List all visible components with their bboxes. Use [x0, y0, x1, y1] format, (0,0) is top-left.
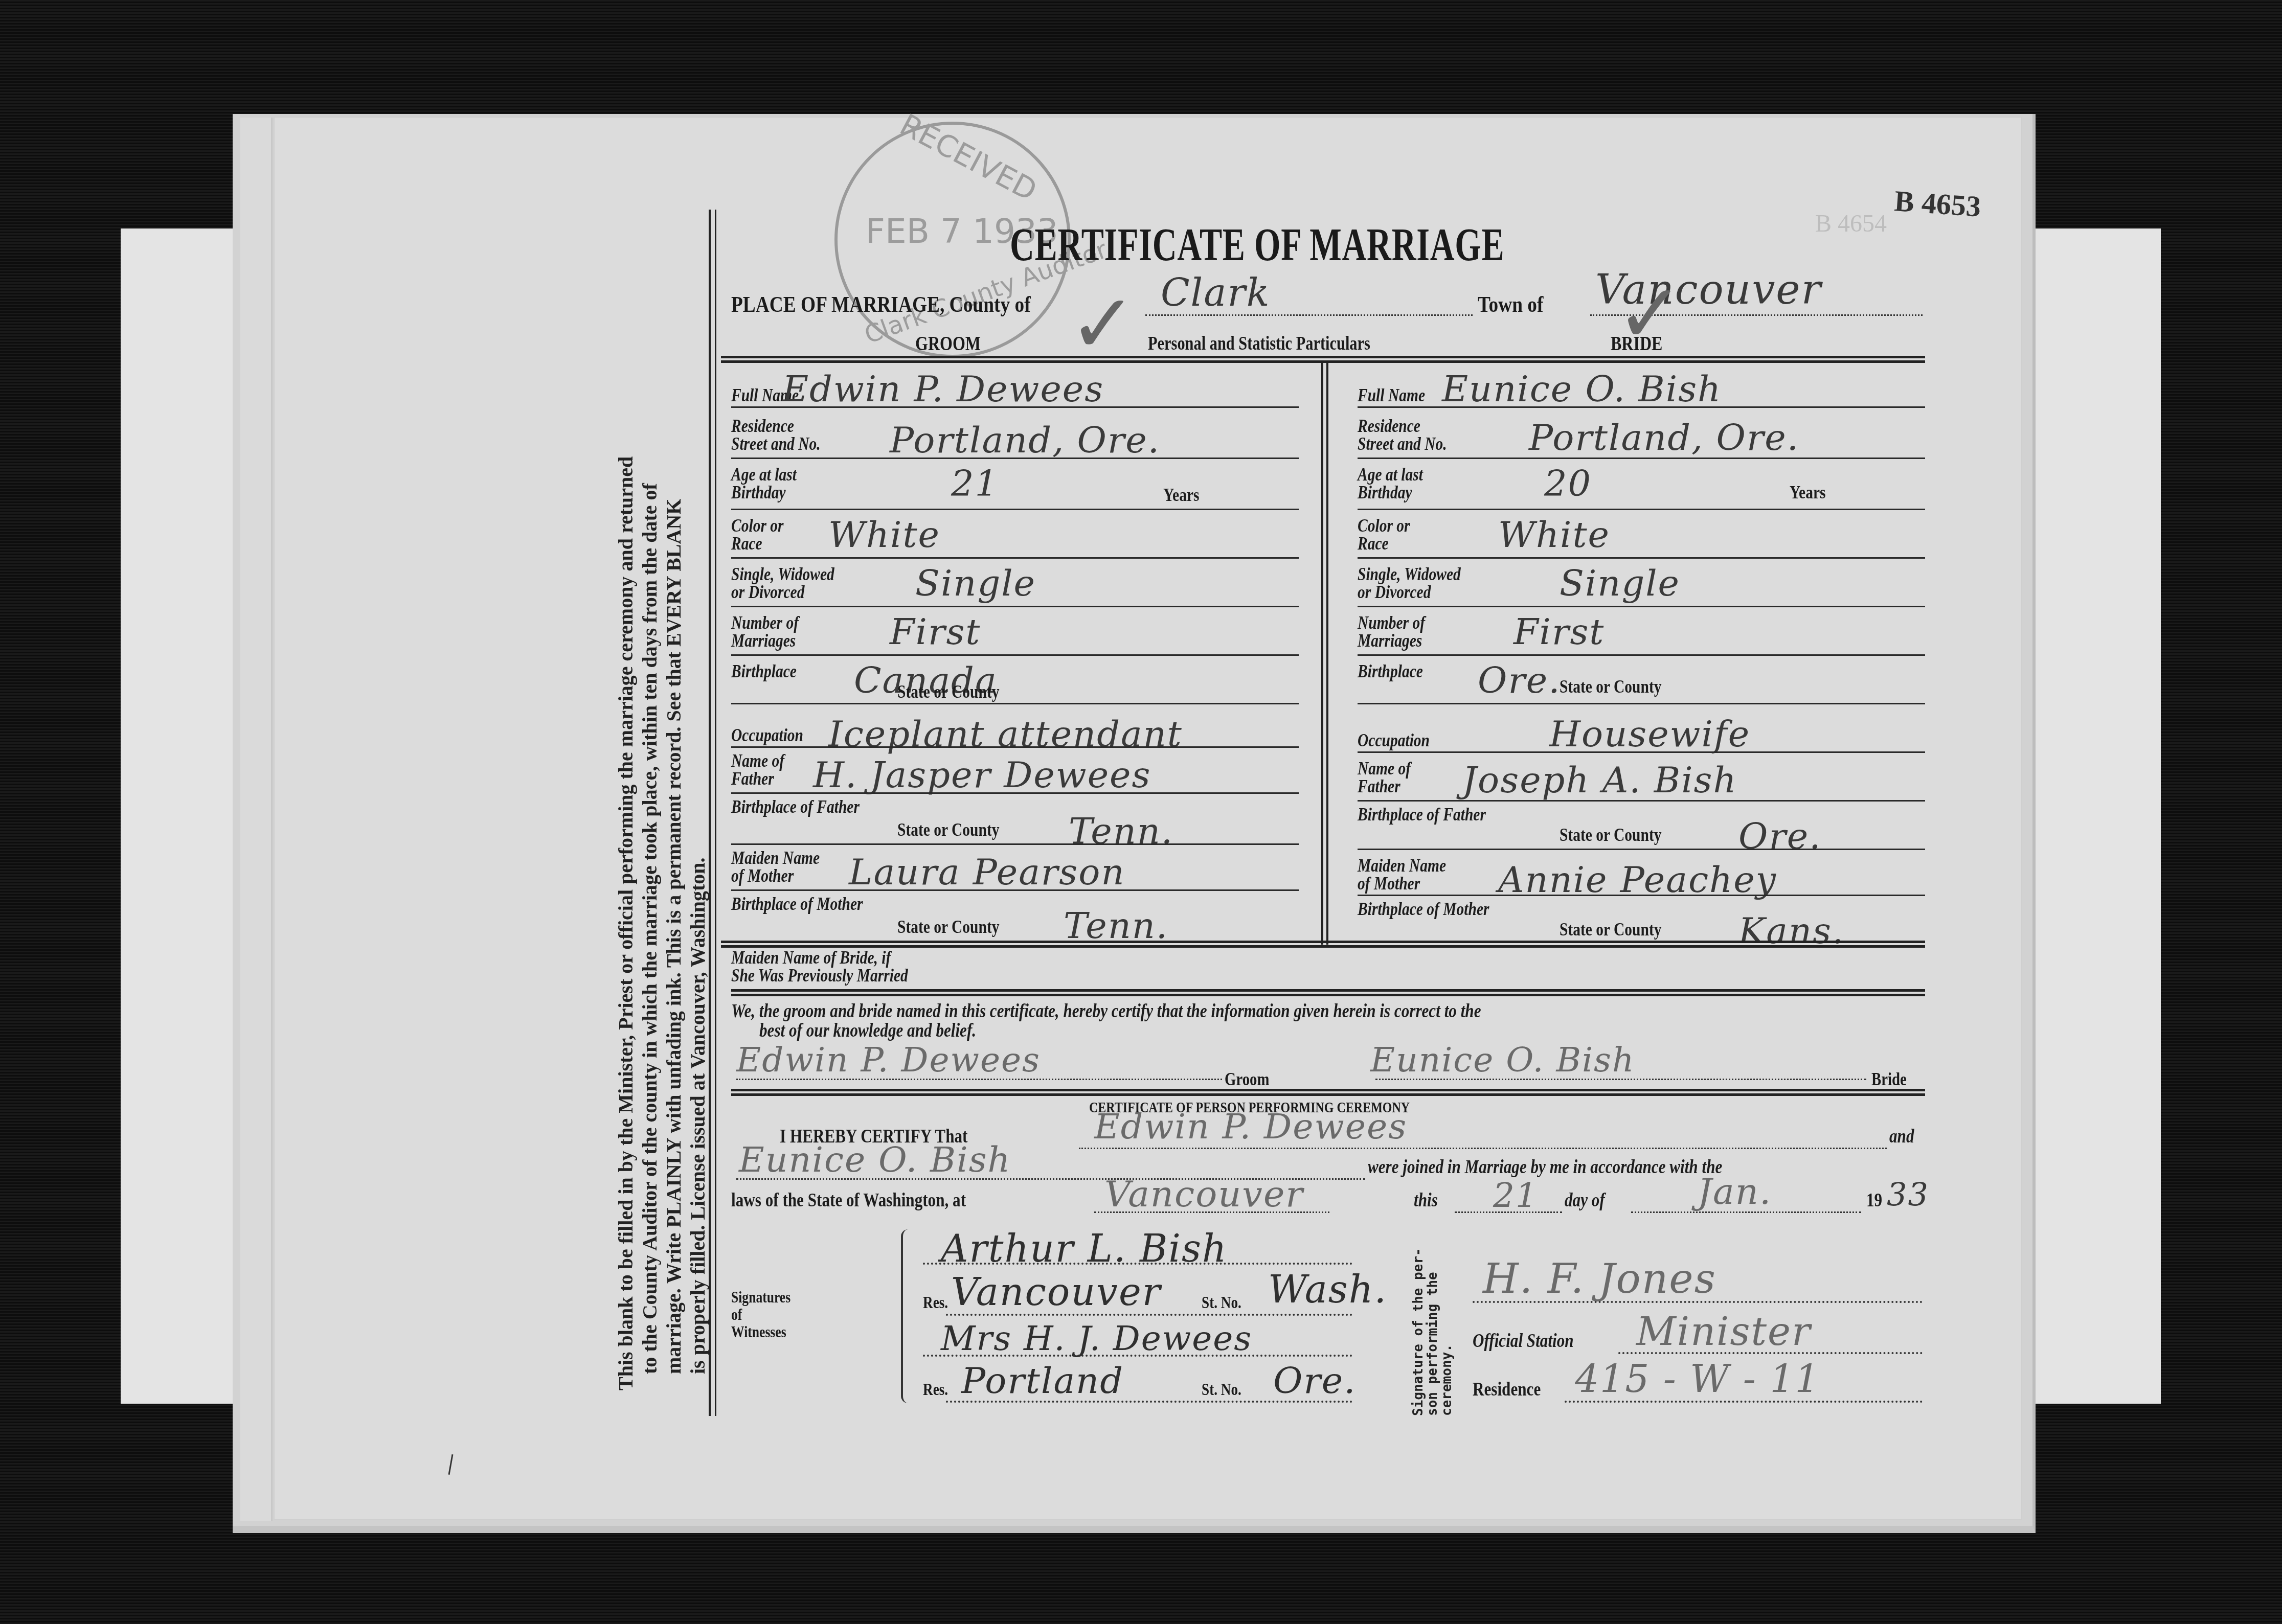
header-middle: Personal and Statistic Particulars	[1148, 332, 1370, 355]
row-rule	[1358, 606, 1925, 607]
label-status: Single, Widowed	[1358, 565, 1461, 583]
certification-text: We, the groom and bride named in this ce…	[731, 1002, 1481, 1020]
label-birthday: Birthday	[731, 483, 786, 501]
ceremony-day[interactable]: 21	[1493, 1176, 1538, 1215]
witnesses-label: Signatures of Witnesses	[731, 1288, 790, 1340]
bride-age[interactable]: 20	[1544, 463, 1592, 505]
row-rule	[1358, 654, 1925, 656]
and-label: and	[1889, 1127, 1914, 1146]
row-rule	[731, 746, 1299, 748]
label-color: Color or	[731, 516, 784, 535]
certification-rule	[731, 1089, 1925, 1096]
label-state-county: State or County	[897, 918, 1000, 936]
label-age: Age at last	[731, 465, 797, 484]
row-rule	[731, 557, 1299, 559]
ceremony-day-line	[1455, 1211, 1562, 1213]
groom-father-birthplace[interactable]: Tenn.	[1069, 810, 1173, 852]
bride-race[interactable]: White	[1498, 514, 1610, 556]
label-residence: Residence	[1358, 417, 1420, 435]
label-number-of: Number of	[1358, 613, 1425, 632]
bride-father-birthplace[interactable]: Ore.	[1738, 815, 1822, 857]
year-prefix: 19	[1866, 1191, 1882, 1209]
row-rule	[731, 654, 1299, 656]
label-birthplace: Birthplace	[731, 662, 797, 680]
label-race: Race	[731, 534, 762, 553]
laws-label: laws of the State of Washington, at	[731, 1191, 966, 1209]
officiant-signature-line	[1473, 1301, 1923, 1303]
row-rule	[731, 703, 1299, 704]
bride-birthplace[interactable]: Ore.	[1478, 659, 1561, 701]
residence-value[interactable]: 415 - W - 11	[1575, 1357, 1820, 1401]
witnesses-label-2: of	[731, 1306, 790, 1323]
groom-signature-line	[736, 1079, 1222, 1080]
label-years: Years	[1790, 483, 1826, 501]
checkmark-icon: ✓	[1616, 266, 1684, 361]
witnesses-label-1: Signatures	[731, 1288, 790, 1306]
row-rule	[731, 458, 1299, 459]
label-residence: Residence	[731, 417, 794, 435]
groom-marriages[interactable]: First	[890, 611, 981, 653]
witness-2-signature[interactable]: Mrs H. J. Dewees	[941, 1319, 1252, 1358]
witness-1-line	[923, 1263, 1352, 1265]
row-rule	[1358, 458, 1925, 459]
witnesses-label-3: Witnesses	[731, 1323, 790, 1340]
form-left-border	[709, 210, 716, 1416]
residence-label: Residence	[1473, 1380, 1541, 1399]
label-race: Race	[1358, 534, 1389, 553]
label-occupation: Occupation	[1358, 731, 1430, 749]
label-name-of: Name of	[731, 751, 784, 770]
groom-full-name[interactable]: Edwin P. Dewees	[782, 368, 1104, 410]
instructions-vertical: This blank to be filled in by the Minist…	[614, 235, 711, 1390]
witness-2-line	[923, 1355, 1352, 1357]
groom-status[interactable]: Single	[915, 562, 1036, 604]
columns-bottom-rule	[721, 941, 1925, 948]
label-full-name: Full Name	[1358, 386, 1425, 404]
groom-age[interactable]: 21	[951, 463, 999, 505]
officiant-signature[interactable]: H. F. Jones	[1483, 1255, 1716, 1302]
groom-occupation[interactable]: Iceplant attendant	[828, 713, 1183, 755]
groom-father[interactable]: H. Jasper Dewees	[813, 754, 1151, 796]
witness-2-residence[interactable]: Portland	[961, 1360, 1124, 1402]
row-rule	[1358, 895, 1925, 896]
ceremony-name-2[interactable]: Eunice O. Bish	[739, 1140, 1011, 1180]
groom-mother[interactable]: Laura Pearson	[849, 851, 1125, 893]
label-bride-prev-2: She Was Previously Married	[731, 966, 908, 985]
page-title: CERTIFICATE OF MARRIAGE	[1010, 217, 1504, 271]
label-mother-birthplace: Birthplace of Mother	[1358, 900, 1489, 918]
label-occupation: Occupation	[731, 726, 803, 744]
ceremony-name-1-line	[1079, 1148, 1887, 1149]
label-maiden-name: Maiden Name	[1358, 856, 1446, 875]
label-of-mother: of Mother	[1358, 874, 1420, 893]
label-divorced: or Divorced	[1358, 583, 1431, 601]
official-station-label: Official Station	[1473, 1332, 1574, 1350]
label-of-mother: of Mother	[731, 866, 794, 885]
label-birthday: Birthday	[1358, 483, 1412, 501]
row-rule	[731, 606, 1299, 607]
row-rule	[1358, 800, 1925, 802]
ceremony-place[interactable]: Vancouver	[1104, 1173, 1304, 1215]
row-rule	[731, 406, 1299, 408]
label-father-birthplace: Birthplace of Father	[731, 797, 860, 816]
groom-residence[interactable]: Portland, Ore.	[890, 419, 1160, 461]
label-street: Street and No.	[731, 434, 821, 453]
witness-1-residence[interactable]: Vancouver	[951, 1270, 1161, 1314]
label-age: Age at last	[1358, 465, 1423, 484]
label-state-county: State or County	[897, 682, 1000, 701]
town-label: Town of	[1478, 291, 1544, 317]
record-number: B 4653	[1893, 184, 1982, 224]
row-rule	[731, 889, 1299, 891]
certification-text-2: best of our knowledge and belief.	[759, 1021, 976, 1040]
label-marriages: Marriages	[1358, 631, 1422, 650]
row-rule	[1358, 406, 1925, 408]
label-divorced: or Divorced	[731, 583, 804, 601]
witness-1-res-line	[946, 1314, 1352, 1316]
witness-2-stno-label: St. No.	[1202, 1380, 1241, 1400]
instruction-line: is properly filled. License issued at Va…	[686, 235, 710, 1390]
prev-married-rule	[731, 989, 1925, 996]
label-father: Father	[731, 769, 774, 788]
ceremony-year[interactable]: 33	[1887, 1176, 1929, 1213]
instruction-line: This blank to be filled in by the Minist…	[614, 235, 638, 1390]
row-rule	[1358, 509, 1925, 510]
joined-label: were joined in Marriage by me in accorda…	[1368, 1158, 1722, 1176]
witness-1-stno[interactable]: Wash.	[1268, 1268, 1387, 1312]
label-mother-birthplace: Birthplace of Mother	[731, 895, 863, 913]
bride-signature-label: Bride	[1871, 1068, 1907, 1090]
officiant-label-2: son performing the	[1426, 1211, 1440, 1416]
witness-brace	[901, 1229, 913, 1403]
bride-status[interactable]: Single	[1560, 562, 1680, 604]
day-of-label: day of	[1565, 1191, 1605, 1209]
column-divider	[1321, 362, 1328, 945]
witness-1-stno-label: St. No.	[1202, 1293, 1241, 1313]
ceremony-month-line	[1631, 1211, 1861, 1213]
witness-2-res-label: Res.	[923, 1380, 948, 1400]
label-state-county: State or County	[1560, 826, 1662, 844]
label-number-of: Number of	[731, 613, 799, 632]
row-rule	[731, 792, 1299, 794]
torn-stub-edge	[240, 118, 273, 1521]
label-street: Street and No.	[1358, 434, 1447, 453]
row-rule	[1358, 751, 1925, 753]
bride-residence[interactable]: Portland, Ore.	[1529, 417, 1799, 459]
officiant-label-1: Signature of the per-	[1411, 1211, 1426, 1416]
ceremony-place-line	[1094, 1211, 1329, 1213]
bride-occupation[interactable]: Housewife	[1549, 713, 1750, 755]
checkmark-icon: ✓	[1069, 276, 1137, 372]
label-status: Single, Widowed	[731, 565, 834, 583]
instruction-line: to the County Auditor of the county in w…	[638, 235, 662, 1390]
label-father-birthplace: Birthplace of Father	[1358, 805, 1486, 824]
bride-signature[interactable]: Eunice O. Bish	[1370, 1040, 1635, 1080]
officiant-label-3: ceremony.	[1440, 1211, 1454, 1416]
header-groom: GROOM	[915, 331, 981, 355]
label-state-county: State or County	[897, 820, 1000, 839]
groom-signature[interactable]: Edwin P. Dewees	[736, 1040, 1041, 1080]
this-label: this	[1414, 1191, 1438, 1209]
witness-2-res-line	[946, 1401, 1352, 1403]
groom-signature-label: Groom	[1225, 1068, 1269, 1090]
label-birthplace: Birthplace	[1358, 662, 1423, 680]
label-color: Color or	[1358, 516, 1410, 535]
bride-full-name[interactable]: Eunice O. Bish	[1442, 368, 1722, 410]
bride-father[interactable]: Joseph A. Bish	[1462, 759, 1737, 801]
county-value[interactable]: Clark	[1161, 271, 1271, 315]
bride-signature-line	[1375, 1079, 1866, 1080]
residence-line	[1565, 1401, 1923, 1403]
bride-marriages[interactable]: First	[1513, 611, 1605, 653]
groom-race[interactable]: White	[828, 514, 940, 556]
row-rule	[1358, 557, 1925, 559]
record-number-bleed: B 4654	[1815, 210, 1887, 238]
witness-1-res-label: Res.	[923, 1293, 948, 1313]
witness-2-stno[interactable]: Ore.	[1273, 1360, 1357, 1402]
official-station-value[interactable]: Minister	[1636, 1309, 1811, 1354]
ceremony-month[interactable]: Jan.	[1698, 1171, 1772, 1213]
label-years: Years	[1163, 486, 1200, 504]
row-rule	[1358, 703, 1925, 704]
label-father: Father	[1358, 777, 1400, 795]
label-state-county: State or County	[1560, 920, 1662, 939]
officiant-vertical-label: Signature of the per- son performing the…	[1411, 1211, 1454, 1416]
official-station-line	[1618, 1352, 1923, 1354]
row-rule	[731, 509, 1299, 510]
place-label: PLACE OF MARRIAGE, County of	[731, 291, 1031, 317]
label-name-of: Name of	[1358, 759, 1411, 777]
label-state-county: State or County	[1560, 677, 1662, 696]
label-bride-prev: Maiden Name of Bride, if	[731, 948, 891, 967]
label-marriages: Marriages	[731, 631, 796, 650]
row-rule	[731, 843, 1299, 845]
instruction-line: marriage. Write PLAINLY with unfading in…	[662, 235, 686, 1390]
label-maiden-name: Maiden Name	[731, 849, 820, 867]
row-rule	[1358, 849, 1925, 850]
ceremony-name-1[interactable]: Edwin P. Dewees	[1094, 1107, 1407, 1147]
